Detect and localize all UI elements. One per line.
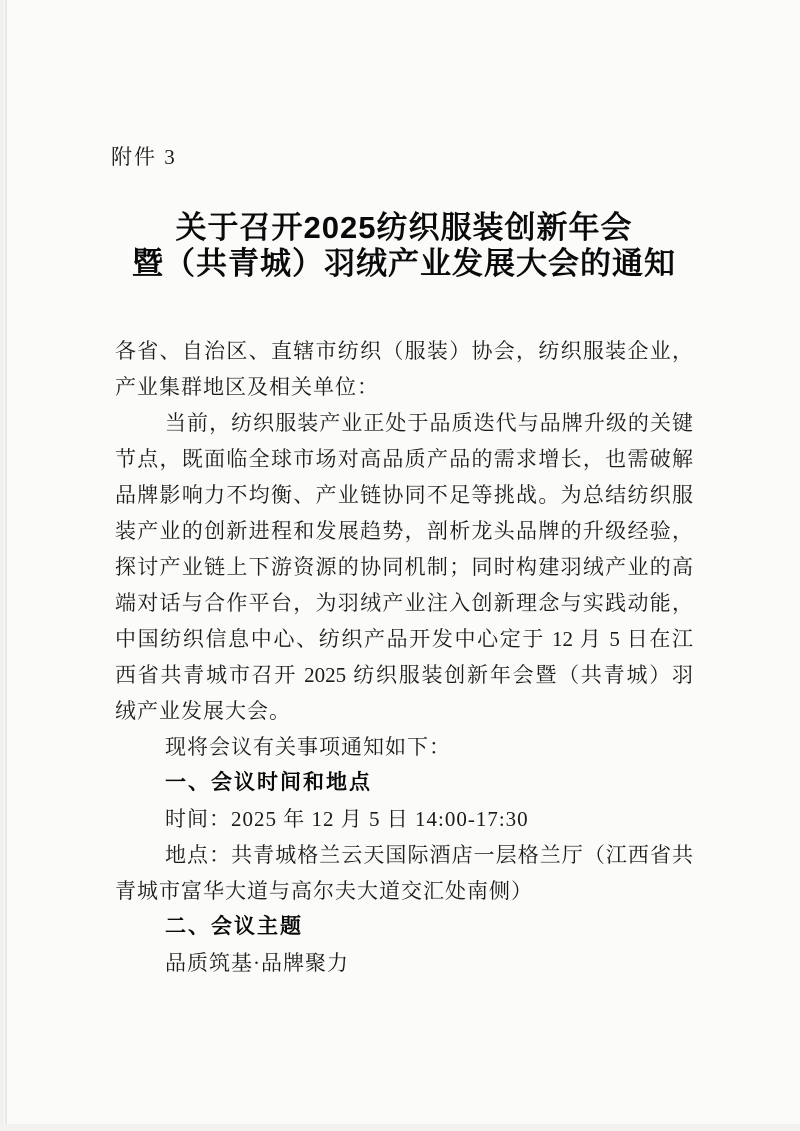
body-line-para-end: 绒产业发展大会。: [115, 693, 693, 729]
body-line-para: 探讨产业链上下游资源的协同机制；同时构建羽绒产业的高: [115, 549, 693, 585]
body-line-intro: 现将会议有关事项通知如下：: [115, 729, 693, 765]
body-line-para: 西省共青城市召开 2025 纺织服装创新年会暨（共青城）羽: [115, 657, 693, 693]
scan-edge-line: [5, 0, 7, 1131]
body-line-para: 品牌影响力不均衡、产业链协同不足等挑战。为总结纺织服: [115, 477, 693, 513]
body-line-salutation-2: 产业集群地区及相关单位：: [115, 369, 693, 405]
body-line-para: 中国纺织信息中心、纺织产品开发中心定于 12 月 5 日在江: [115, 621, 693, 657]
body-line-theme: 品质筑基·品牌聚力: [115, 945, 693, 981]
body-line-time: 时间：2025 年 12 月 5 日 14:00-17:30: [115, 801, 693, 837]
body-line-salutation-1: 各省、自治区、直辖市纺织（服装）协会，纺织服装企业，: [115, 333, 693, 369]
document-title-line-1: 关于召开2025纺织服装创新年会: [115, 210, 693, 246]
body-line-location-2: 青城市富华大道与高尔夫大道交汇处南侧）: [115, 873, 693, 909]
body-line-para: 当前，纺织服装产业正处于品质迭代与品牌升级的关键: [115, 405, 693, 441]
document-body: 各省、自治区、直辖市纺织（服装）协会，纺织服装企业， 产业集群地区及相关单位： …: [115, 333, 693, 981]
attachment-label: 附件 3: [111, 141, 177, 171]
body-line-para: 端对话与合作平台，为羽绒产业注入创新理念与实践动能，: [115, 585, 693, 621]
document-title-line-2: 暨（共青城）羽绒产业发展大会的通知: [115, 246, 693, 282]
section-heading-2: 二、会议主题: [115, 909, 693, 945]
scan-edge-left: [0, 0, 4, 1131]
body-line-para: 节点，既面临全球市场对高品质产品的需求增长，也需破解: [115, 441, 693, 477]
body-line-location-1: 地点：共青城格兰云天国际酒店一层格兰厅（江西省共: [115, 837, 693, 873]
section-heading-1: 一、会议时间和地点: [115, 765, 693, 801]
body-line-para: 装产业的创新进程和发展趋势，剖析龙头品牌的升级经验，: [115, 513, 693, 549]
document-title: 关于召开2025纺织服装创新年会 暨（共青城）羽绒产业发展大会的通知: [115, 210, 693, 282]
scan-edge-bottom: [0, 1124, 800, 1131]
scanned-notice-page: 附件 3 关于召开2025纺织服装创新年会 暨（共青城）羽绒产业发展大会的通知 …: [0, 0, 800, 1131]
